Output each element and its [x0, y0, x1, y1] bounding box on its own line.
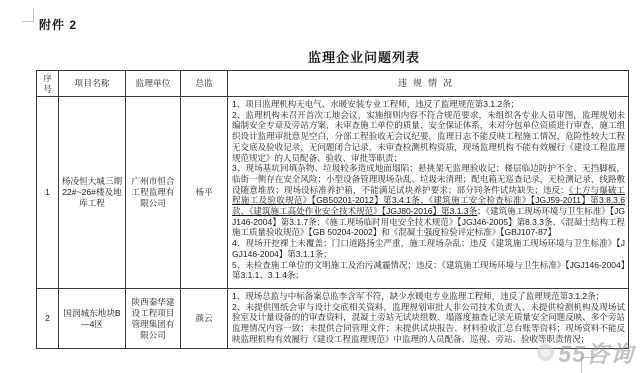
watermark-text: 55咨询 [558, 336, 634, 369]
attachment-label: 附件 2 [39, 16, 77, 33]
violation-item: 4、现场开挖裸土未覆盖；门口道路扬尘严重，施工现场杂乱；违反《建筑施工现场环境与… [232, 238, 625, 259]
row2-chief-supervisor: 颜云 [181, 289, 228, 349]
violation-text: 3、现场基坑回填杂物、垃圾较多造成地面塌陷；悬挑架无监理验收记；楼层临边防护不全… [232, 163, 625, 194]
violation-item: 1、项目监理机构无电气、水暖安装专业工程师，违反了监理规范第3.1.2条； [232, 99, 625, 110]
header-project-name: 项目名称 [59, 71, 126, 97]
violation-item: 1、现场总监与中标备案总监李含军不符，缺少水暖电专业监理工程师，违反了监理规范第… [232, 291, 625, 302]
page-title: 监理企业问题列表 [68, 47, 640, 66]
watermark: 55咨询 [537, 336, 634, 369]
header-chief-supervisor: 总监 [181, 71, 228, 97]
supervision-problem-table: 序号 项目名称 监理单位 总监 违规情况 1 杨凌恒大城三期22#~26#楼及地… [36, 70, 629, 349]
row1-project-name: 杨凌恒大城三期22#~26#楼及地库工程 [59, 97, 126, 289]
violation-item: 5、未检查施工单位的文明施工及治污减霾情况；违反：《建筑施工现场环境与卫生标准》… [232, 260, 625, 281]
page-corner-mark-top-left [22, 8, 34, 22]
row1-no: 1 [37, 97, 59, 289]
violation-item: 3、现场基坑回填杂物、垃圾较多造成地面塌陷；悬挑架无监理验收记；楼层临边防护不全… [232, 163, 625, 238]
row2-no: 2 [37, 289, 59, 349]
table-row: 1 杨凌恒大城三期22#~26#楼及地库工程 广州市恒合工程监理有限公司 杨平 … [37, 97, 629, 289]
row1-violations: 1、项目监理机构无电气、水暖安装专业工程师，违反了监理规范第3.1.2条； 2、… [228, 97, 629, 289]
row2-supervision-unit: 陕西秦华建设工程项目管理集团有限公司 [126, 289, 181, 349]
header-supervision-unit: 监理单位 [126, 71, 181, 97]
violation-item: 2、监理机构未召开首次工地会议，实施细则内容不符合规范要求，未组织各专业人员审图… [232, 110, 625, 164]
row1-supervision-unit: 广州市恒合工程监理有限公司 [126, 97, 181, 289]
table-header-row: 序号 项目名称 监理单位 总监 违规情况 [37, 71, 629, 97]
header-no: 序号 [37, 71, 59, 97]
problem-table: 序号 项目名称 监理单位 总监 违规情况 1 杨凌恒大城三期22#~26#楼及地… [36, 70, 628, 349]
watermark-logo-icon [537, 344, 554, 361]
row2-project-name: 国润城东地块B—4区 [59, 289, 126, 349]
header-violation: 违规情况 [228, 71, 629, 97]
row1-chief-supervisor: 杨平 [181, 97, 228, 289]
